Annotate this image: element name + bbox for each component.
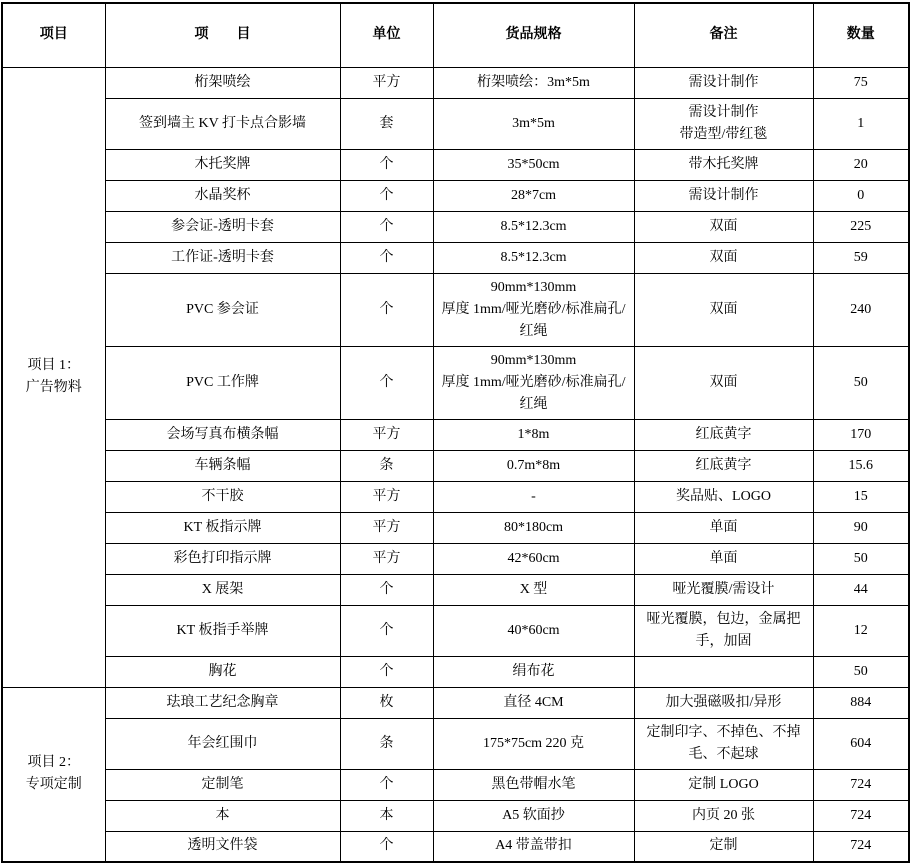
table-body: 项目 1： 广告物料桁架喷绘平方桁架喷绘：3m*5m需设计制作75签到墙主 KV…: [2, 67, 909, 862]
unit-cell: 平方: [340, 512, 433, 543]
note-cell: 双面: [634, 211, 813, 242]
table-row: PVC 工作牌个90mm*130mm 厚度 1mm/哑光磨砂/标准扁孔/红绳双面…: [2, 346, 909, 419]
note-cell: 双面: [634, 346, 813, 419]
qty-cell: 15.6: [813, 450, 909, 481]
note-cell: 奖品贴、LOGO: [634, 481, 813, 512]
project-group-cell: 项目 2： 专项定制: [2, 687, 105, 862]
table-row: 本本A5 软面抄内页 20 张724: [2, 800, 909, 831]
note-cell: 红底黄字: [634, 450, 813, 481]
table-row: PVC 参会证个90mm*130mm 厚度 1mm/哑光磨砂/标准扁孔/红绳双面…: [2, 273, 909, 346]
item-cell: 参会证-透明卡套: [105, 211, 340, 242]
column-header-project-group: 项目: [2, 3, 105, 67]
table-row: 定制笔个黑色带帽水笔定制 LOGO724: [2, 769, 909, 800]
qty-cell: 0: [813, 180, 909, 211]
note-cell: 单面: [634, 512, 813, 543]
unit-cell: 个: [340, 574, 433, 605]
column-header-qty: 数量: [813, 3, 909, 67]
spec-cell: 28*7cm: [433, 180, 634, 211]
spec-cell: 0.7m*8m: [433, 450, 634, 481]
unit-cell: 个: [340, 180, 433, 211]
spec-cell: 90mm*130mm 厚度 1mm/哑光磨砂/标准扁孔/红绳: [433, 346, 634, 419]
unit-cell: 平方: [340, 543, 433, 574]
document-sheet: 项目 项 目 单位 货品规格 备注 数量 项目 1： 广告物料桁架喷绘平方桁架喷…: [0, 0, 910, 865]
table-row: 水晶奖杯个28*7cm需设计制作0: [2, 180, 909, 211]
qty-cell: 50: [813, 543, 909, 574]
note-cell: [634, 656, 813, 687]
note-cell: 定制 LOGO: [634, 769, 813, 800]
note-cell: 双面: [634, 242, 813, 273]
spec-cell: 175*75cm 220 克: [433, 718, 634, 769]
table-row: 签到墙主 KV 打卡点合影墙套3m*5m需设计制作 带造型/带红毯1: [2, 98, 909, 149]
spec-cell: 黑色带帽水笔: [433, 769, 634, 800]
item-cell: 定制笔: [105, 769, 340, 800]
spec-cell: A5 软面抄: [433, 800, 634, 831]
unit-cell: 个: [340, 831, 433, 862]
spec-cell: X 型: [433, 574, 634, 605]
note-cell: 需设计制作: [634, 67, 813, 98]
unit-cell: 个: [340, 656, 433, 687]
table-row: 工作证-透明卡套个8.5*12.3cm双面59: [2, 242, 909, 273]
item-cell: PVC 工作牌: [105, 346, 340, 419]
unit-cell: 个: [340, 273, 433, 346]
spec-cell: 桁架喷绘：3m*5m: [433, 67, 634, 98]
unit-cell: 个: [340, 346, 433, 419]
item-cell: 透明文件袋: [105, 831, 340, 862]
item-cell: 彩色打印指示牌: [105, 543, 340, 574]
spec-cell: 直径 4CM: [433, 687, 634, 718]
table-row: KT 板指手举牌个40*60cm哑光覆膜，包边，金属把手，加固12: [2, 605, 909, 656]
item-cell: 会场写真布横条幅: [105, 419, 340, 450]
unit-cell: 个: [340, 242, 433, 273]
qty-cell: 75: [813, 67, 909, 98]
note-cell: 需设计制作 带造型/带红毯: [634, 98, 813, 149]
qty-cell: 170: [813, 419, 909, 450]
item-cell: KT 板指示牌: [105, 512, 340, 543]
unit-cell: 个: [340, 605, 433, 656]
note-cell: 双面: [634, 273, 813, 346]
note-cell: 定制: [634, 831, 813, 862]
qty-cell: 59: [813, 242, 909, 273]
table-row: 彩色打印指示牌平方42*60cm单面50: [2, 543, 909, 574]
spec-cell: 绢布花: [433, 656, 634, 687]
item-cell: 桁架喷绘: [105, 67, 340, 98]
project-group-cell: 项目 1： 广告物料: [2, 67, 105, 687]
table-row: 透明文件袋个A4 带盖带扣定制724: [2, 831, 909, 862]
column-header-unit: 单位: [340, 3, 433, 67]
unit-cell: 条: [340, 450, 433, 481]
qty-cell: 604: [813, 718, 909, 769]
spec-cell: 3m*5m: [433, 98, 634, 149]
table-row: 不干胶平方-奖品贴、LOGO15: [2, 481, 909, 512]
unit-cell: 本: [340, 800, 433, 831]
table-row: 项目 2： 专项定制珐琅工艺纪念胸章枚直径 4CM加大强磁吸扣/异形884: [2, 687, 909, 718]
item-cell: 水晶奖杯: [105, 180, 340, 211]
unit-cell: 枚: [340, 687, 433, 718]
table-row: 胸花个绢布花50: [2, 656, 909, 687]
spec-cell: 80*180cm: [433, 512, 634, 543]
spec-cell: 35*50cm: [433, 149, 634, 180]
unit-cell: 个: [340, 769, 433, 800]
column-header-item: 项 目: [105, 3, 340, 67]
note-cell: 需设计制作: [634, 180, 813, 211]
item-cell: 本: [105, 800, 340, 831]
item-cell: 木托奖牌: [105, 149, 340, 180]
item-cell: 珐琅工艺纪念胸章: [105, 687, 340, 718]
item-cell: 工作证-透明卡套: [105, 242, 340, 273]
item-cell: 年会红围巾: [105, 718, 340, 769]
note-cell: 带木托奖牌: [634, 149, 813, 180]
column-header-note: 备注: [634, 3, 813, 67]
qty-cell: 44: [813, 574, 909, 605]
spec-cell: 1*8m: [433, 419, 634, 450]
unit-cell: 个: [340, 211, 433, 242]
note-cell: 内页 20 张: [634, 800, 813, 831]
qty-cell: 724: [813, 769, 909, 800]
qty-cell: 50: [813, 656, 909, 687]
spec-cell: A4 带盖带扣: [433, 831, 634, 862]
spec-cell: 40*60cm: [433, 605, 634, 656]
table-row: KT 板指示牌平方80*180cm单面90: [2, 512, 909, 543]
qty-cell: 724: [813, 831, 909, 862]
column-header-spec: 货品规格: [433, 3, 634, 67]
note-cell: 哑光覆膜/需设计: [634, 574, 813, 605]
qty-cell: 1: [813, 98, 909, 149]
unit-cell: 套: [340, 98, 433, 149]
qty-cell: 50: [813, 346, 909, 419]
note-cell: 定制印字、不掉色、不掉毛、不起球: [634, 718, 813, 769]
unit-cell: 平方: [340, 481, 433, 512]
note-cell: 哑光覆膜，包边，金属把手，加固: [634, 605, 813, 656]
unit-cell: 条: [340, 718, 433, 769]
qty-cell: 90: [813, 512, 909, 543]
unit-cell: 平方: [340, 67, 433, 98]
unit-cell: 个: [340, 149, 433, 180]
qty-cell: 12: [813, 605, 909, 656]
spec-cell: 8.5*12.3cm: [433, 211, 634, 242]
item-cell: PVC 参会证: [105, 273, 340, 346]
table-row: X 展架个X 型哑光覆膜/需设计44: [2, 574, 909, 605]
header-row: 项目 项 目 单位 货品规格 备注 数量: [2, 3, 909, 67]
spec-cell: -: [433, 481, 634, 512]
table-row: 项目 1： 广告物料桁架喷绘平方桁架喷绘：3m*5m需设计制作75: [2, 67, 909, 98]
spec-cell: 42*60cm: [433, 543, 634, 574]
unit-cell: 平方: [340, 419, 433, 450]
spec-cell: 90mm*130mm 厚度 1mm/哑光磨砂/标准扁孔/红绳: [433, 273, 634, 346]
item-cell: KT 板指手举牌: [105, 605, 340, 656]
qty-cell: 240: [813, 273, 909, 346]
table-row: 参会证-透明卡套个8.5*12.3cm双面225: [2, 211, 909, 242]
qty-cell: 884: [813, 687, 909, 718]
table-row: 年会红围巾条175*75cm 220 克定制印字、不掉色、不掉毛、不起球604: [2, 718, 909, 769]
qty-cell: 724: [813, 800, 909, 831]
item-cell: 签到墙主 KV 打卡点合影墙: [105, 98, 340, 149]
table-row: 会场写真布横条幅平方1*8m红底黄字170: [2, 419, 909, 450]
note-cell: 红底黄字: [634, 419, 813, 450]
item-cell: 不干胶: [105, 481, 340, 512]
table-row: 木托奖牌个35*50cm带木托奖牌20: [2, 149, 909, 180]
qty-cell: 15: [813, 481, 909, 512]
table-row: 车辆条幅条0.7m*8m红底黄字15.6: [2, 450, 909, 481]
item-cell: X 展架: [105, 574, 340, 605]
qty-cell: 225: [813, 211, 909, 242]
note-cell: 单面: [634, 543, 813, 574]
item-cell: 车辆条幅: [105, 450, 340, 481]
note-cell: 加大强磁吸扣/异形: [634, 687, 813, 718]
item-cell: 胸花: [105, 656, 340, 687]
spec-cell: 8.5*12.3cm: [433, 242, 634, 273]
qty-cell: 20: [813, 149, 909, 180]
inventory-table: 项目 项 目 单位 货品规格 备注 数量 项目 1： 广告物料桁架喷绘平方桁架喷…: [1, 2, 910, 863]
